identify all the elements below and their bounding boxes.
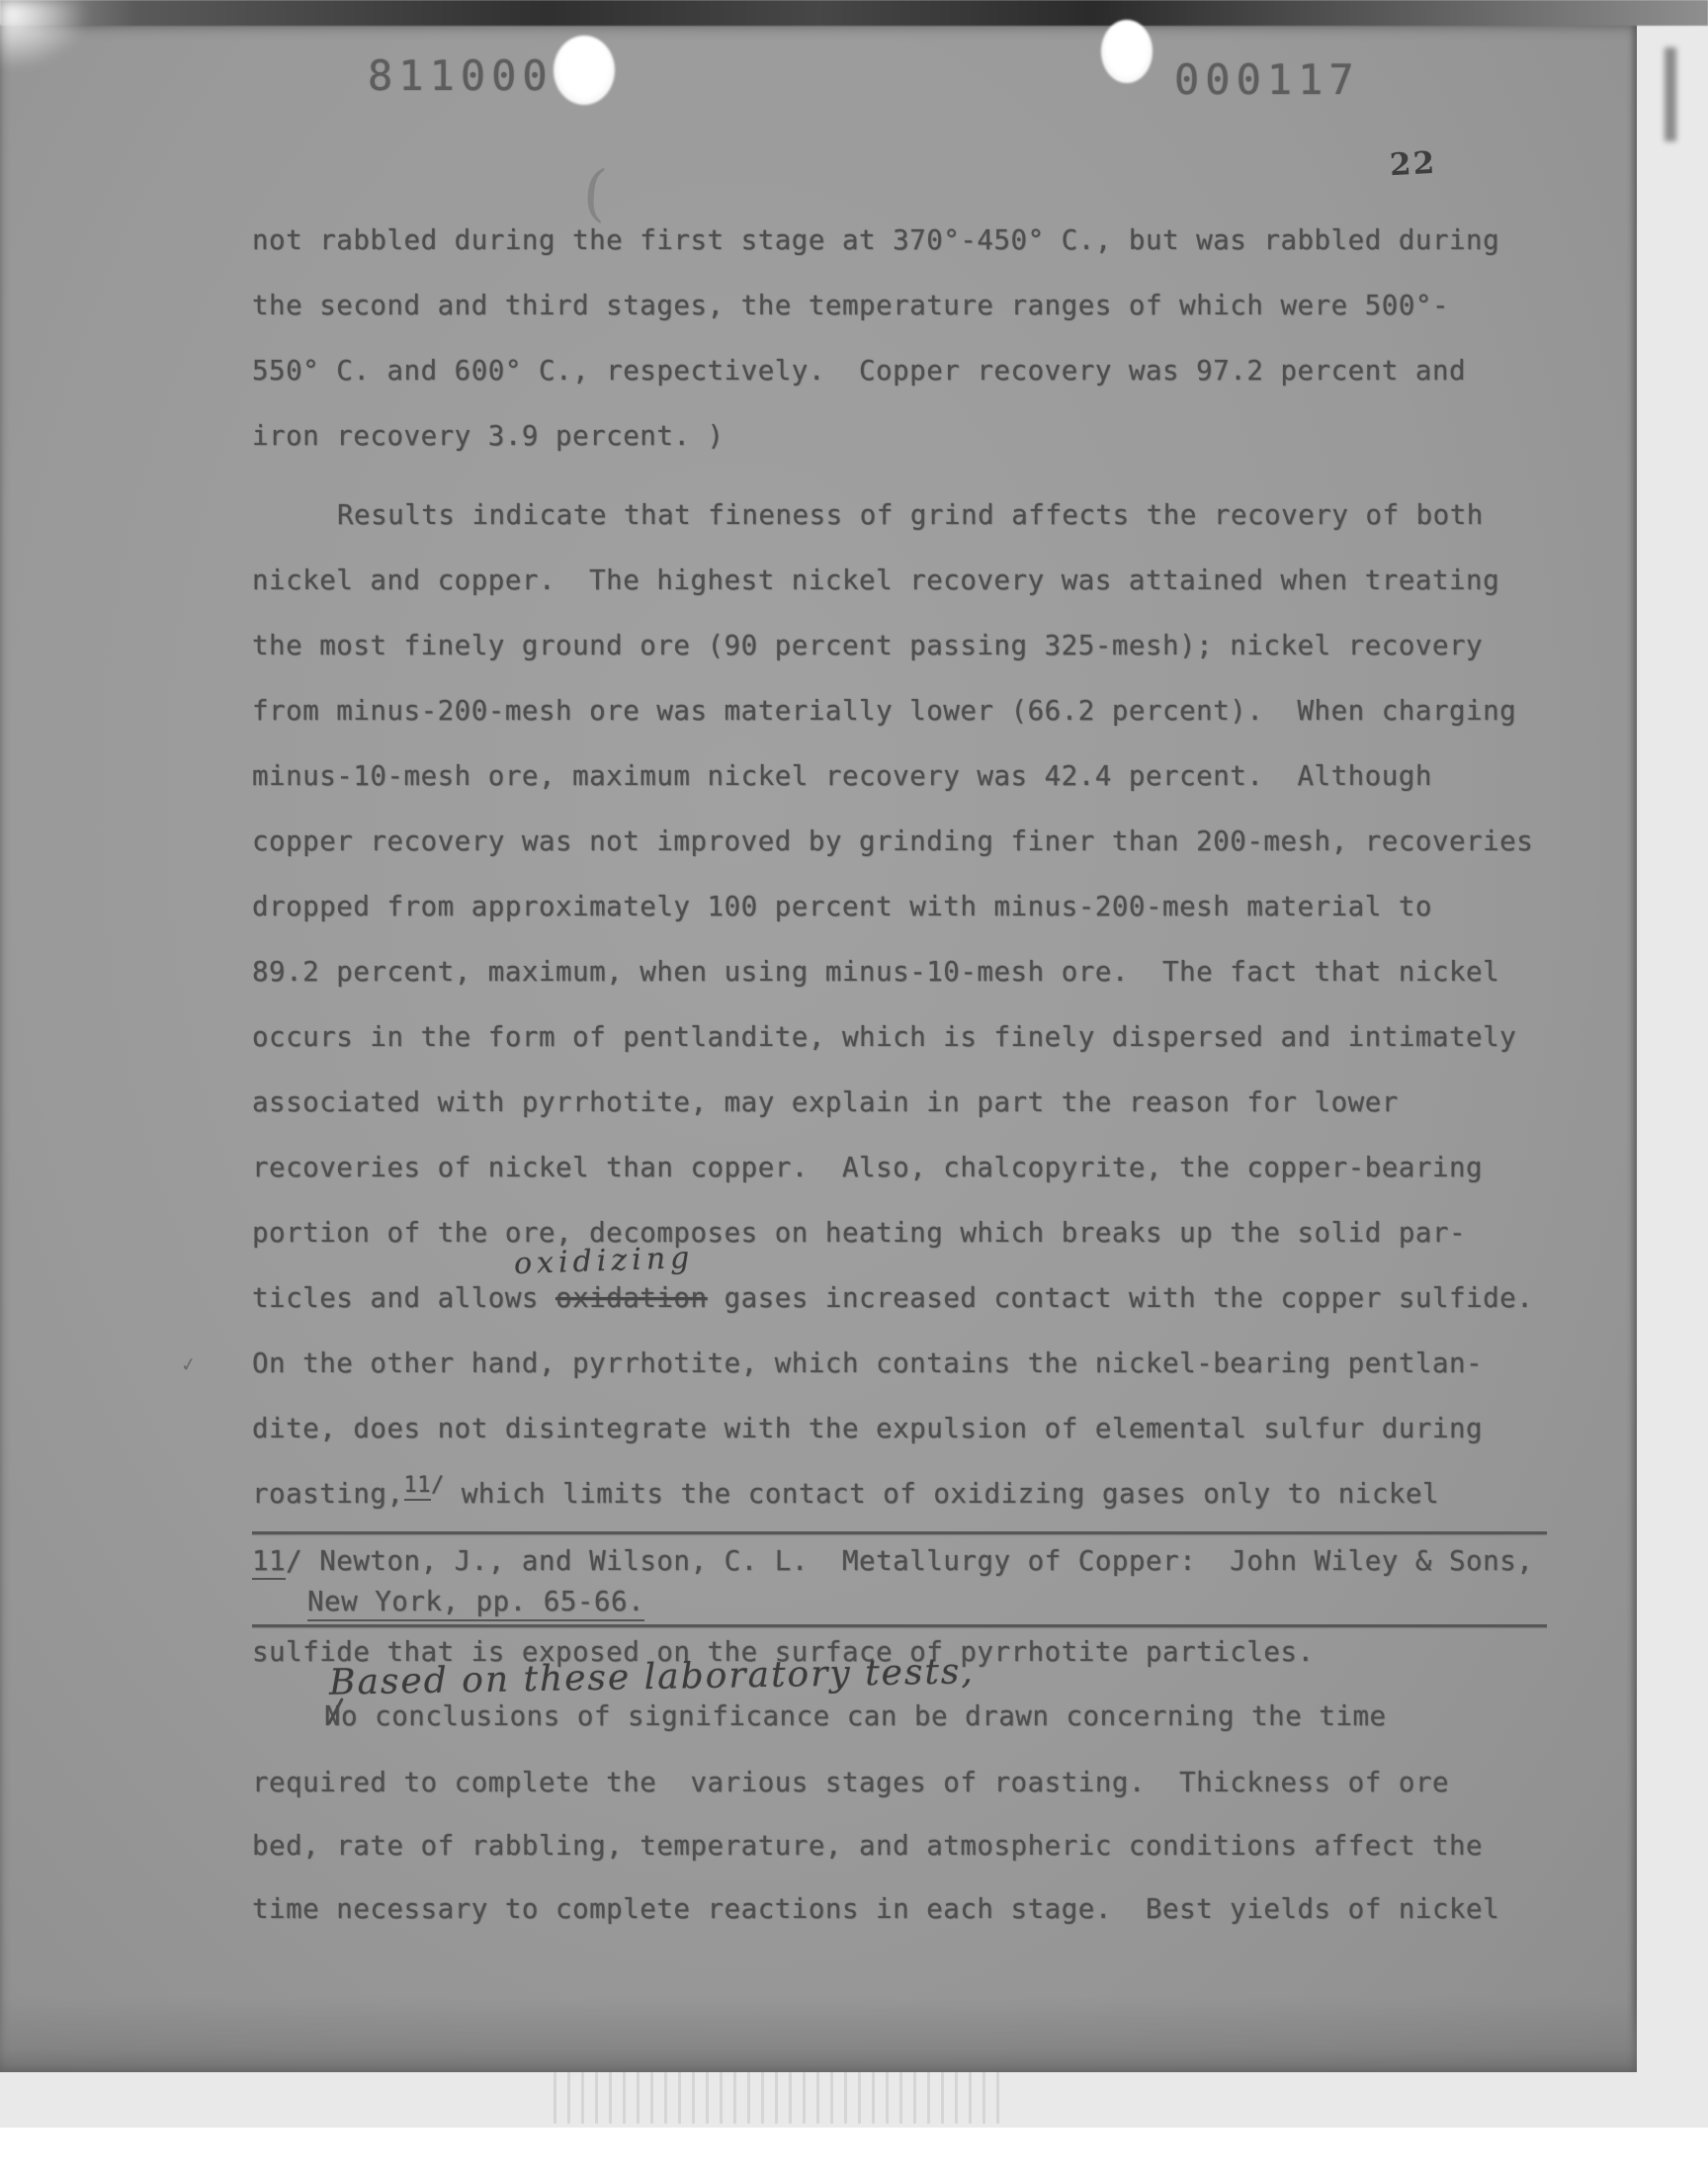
typed-segment: which limits the contact of oxidizing ga…: [445, 1478, 1439, 1510]
typed-line: On the other hand, pyrrhotite, which con…: [252, 1348, 1483, 1379]
typed-segment: ticles and allows: [252, 1282, 555, 1314]
footnote-line-1: 11/ Newton, J., and Wilson, C. L. Metall…: [252, 1545, 1533, 1577]
scan-top-edge-band: [0, 0, 1708, 26]
footnote-reference-marker: 11/: [404, 1473, 445, 1498]
paper-bottom-shadow: [0, 1997, 1637, 2072]
stray-pencil-mark: (: [580, 155, 609, 229]
typed-line: recoveries of nickel than copper. Also, …: [252, 1152, 1483, 1183]
footnote-citation: Newton, J., and Wilson, C. L. Metallurgy…: [302, 1545, 1533, 1577]
punch-hole-left: [554, 36, 615, 105]
scan-streak-artifacts: [554, 2064, 1008, 2124]
handwritten-correction-oxidizing: oxidizing: [513, 1241, 694, 1281]
typed-line: required to complete the various stages …: [252, 1767, 1449, 1798]
document-stamp-left: 811000: [368, 51, 554, 100]
scan-edge-smudge: [1665, 47, 1676, 141]
footnote-separator-rule-bottom: [252, 1624, 1547, 1627]
typed-line-with-footnote-ref: roasting,11/ which limits the contact of…: [252, 1478, 1439, 1510]
typed-line-paragraph-start: Results indicate that fineness of grind …: [252, 499, 1484, 531]
typed-line: the most finely ground ore (90 percent p…: [252, 630, 1483, 661]
scanner-background-bottom: [0, 2128, 1708, 2175]
typed-line: minus-10-mesh ore, maximum nickel recove…: [252, 760, 1432, 792]
typed-line: dite, does not disintegrate with the exp…: [252, 1413, 1483, 1444]
typed-line-paragraph-start: No conclusions of significance can be dr…: [252, 1700, 1387, 1732]
typed-line: bed, rate of rabbling, temperature, and …: [252, 1830, 1483, 1862]
document-stamp-right: 000117: [1174, 55, 1360, 104]
typed-line: dropped from approximately 100 percent w…: [252, 891, 1432, 922]
typed-line: iron recovery 3.9 percent. ): [252, 420, 725, 452]
page-number: 22: [1389, 145, 1437, 183]
typed-line: not rabbled during the first stage at 37…: [252, 224, 1499, 256]
typed-line-with-correction: ticles and allows oxidation gases increa…: [252, 1282, 1533, 1314]
footnote-line-2: New York, pp. 65-66.: [252, 1586, 644, 1617]
footnote-separator-rule-top: [252, 1531, 1547, 1534]
struck-word-oxidation: oxidation: [555, 1282, 708, 1314]
typed-line: portion of the ore, decomposes on heatin…: [252, 1217, 1466, 1249]
typed-segment: roasting,: [252, 1478, 404, 1510]
punch-hole-right: [1101, 20, 1153, 83]
typed-line: occurs in the form of pentlandite, which…: [252, 1021, 1516, 1053]
typed-line: 550° C. and 600° C., respectively. Coppe…: [252, 355, 1466, 387]
typed-line: the second and third stages, the tempera…: [252, 290, 1449, 321]
typed-line: 89.2 percent, maximum, when using minus-…: [252, 956, 1499, 988]
typed-line: time necessary to complete reactions in …: [252, 1893, 1499, 1925]
footnote-citation-continued: New York, pp. 65-66.: [307, 1586, 644, 1621]
footnote-marker: 11: [252, 1545, 286, 1580]
typed-line: from minus-200-mesh ore was materially l…: [252, 695, 1516, 727]
scanned-document-page: { "page": { "stamp_left": "811000", "sta…: [0, 0, 1708, 2175]
scan-corner-highlight: [0, 0, 89, 69]
typed-segment: gases increased contact with the copper …: [708, 1282, 1534, 1314]
typed-line: nickel and copper. The highest nickel re…: [252, 565, 1499, 596]
typed-line: associated with pyrrhotite, may explain …: [252, 1087, 1399, 1118]
typed-line: copper recovery was not improved by grin…: [252, 826, 1533, 857]
